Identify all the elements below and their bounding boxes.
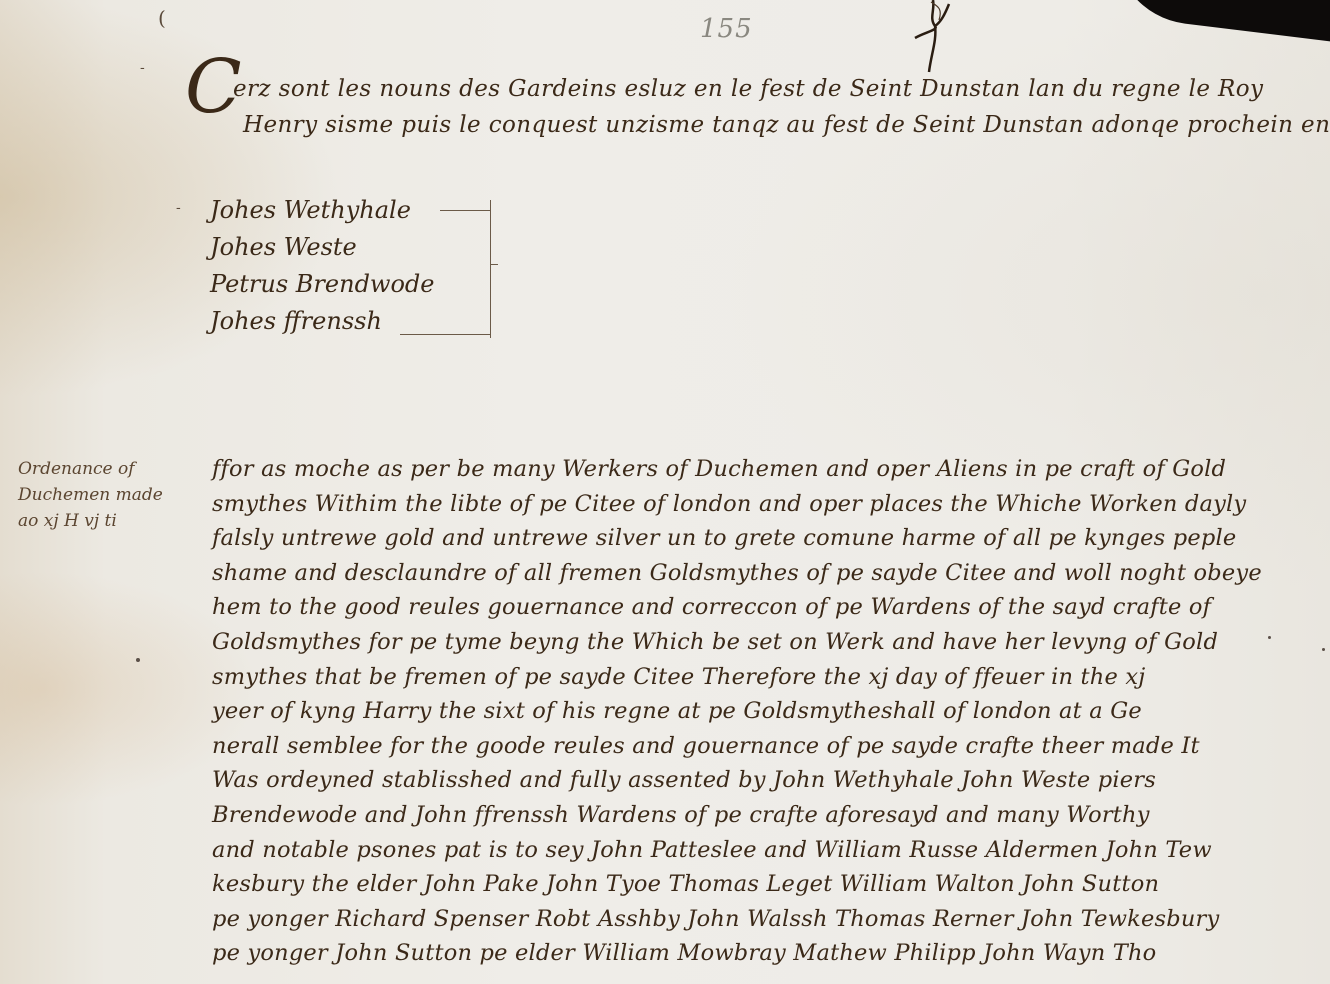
body-line: Goldsmythes for pe tyme beyng the Which … [212, 625, 1292, 660]
body-line: hem to the good reules gouernance and co… [212, 590, 1292, 625]
marginal-note-line: Duchemen made [18, 482, 208, 508]
folio-number: 155 [700, 14, 753, 44]
body-line: yeer of kyng Harry the sixt of his regne… [212, 694, 1292, 729]
margin-mark: - [176, 200, 181, 216]
body-text: ffor as moche as per be many Werkers of … [212, 452, 1292, 971]
heading-line-2: Henry sisme puis le conquest unzisme tan… [243, 112, 1330, 138]
body-line: ffor as moche as per be many Werkers of … [212, 452, 1292, 487]
body-line: pe yonger Richard Spenser Robt Asshby Jo… [212, 902, 1292, 937]
ink-spot [1268, 636, 1271, 639]
body-line: nerall semblee for the goode reules and … [212, 729, 1292, 764]
marginal-note: Ordenance of Duchemen made ao xj H vj ti [18, 456, 208, 534]
margin-mark: - [140, 60, 145, 76]
body-line: Was ordeyned stablisshed and fully assen… [212, 763, 1292, 798]
body-line: smythes that be fremen of pe sayde Citee… [212, 660, 1292, 695]
wardens-bracket [385, 200, 491, 338]
body-line: pe yonger John Sutton pe elder William M… [212, 936, 1292, 971]
page-corner-shadow [1105, 0, 1330, 46]
body-line: kesbury the elder John Pake John Tyoe Th… [212, 867, 1292, 902]
ink-spot [1322, 648, 1325, 651]
heading-line-1: erz sont les nouns des Gardeins esluz en… [233, 76, 1263, 102]
body-line: Brendewode and John ffrenssh Wardens of … [212, 798, 1292, 833]
body-line: shame and desclaundre of all fremen Gold… [212, 556, 1292, 591]
marginal-note-line: ao xj H vj ti [18, 508, 208, 534]
ink-spot [136, 658, 140, 662]
body-line: smythes Withim the libte of pe Citee of … [212, 487, 1292, 522]
body-line: falsly untrewe gold and untrewe silver u… [212, 521, 1292, 556]
body-line: and notable psones pat is to sey John Pa… [212, 833, 1292, 868]
manuscript-page: 155 ( - - C erz sont les nouns des Garde… [0, 0, 1330, 984]
marginal-note-line: Ordenance of [18, 456, 208, 482]
margin-mark: ( [158, 6, 166, 30]
